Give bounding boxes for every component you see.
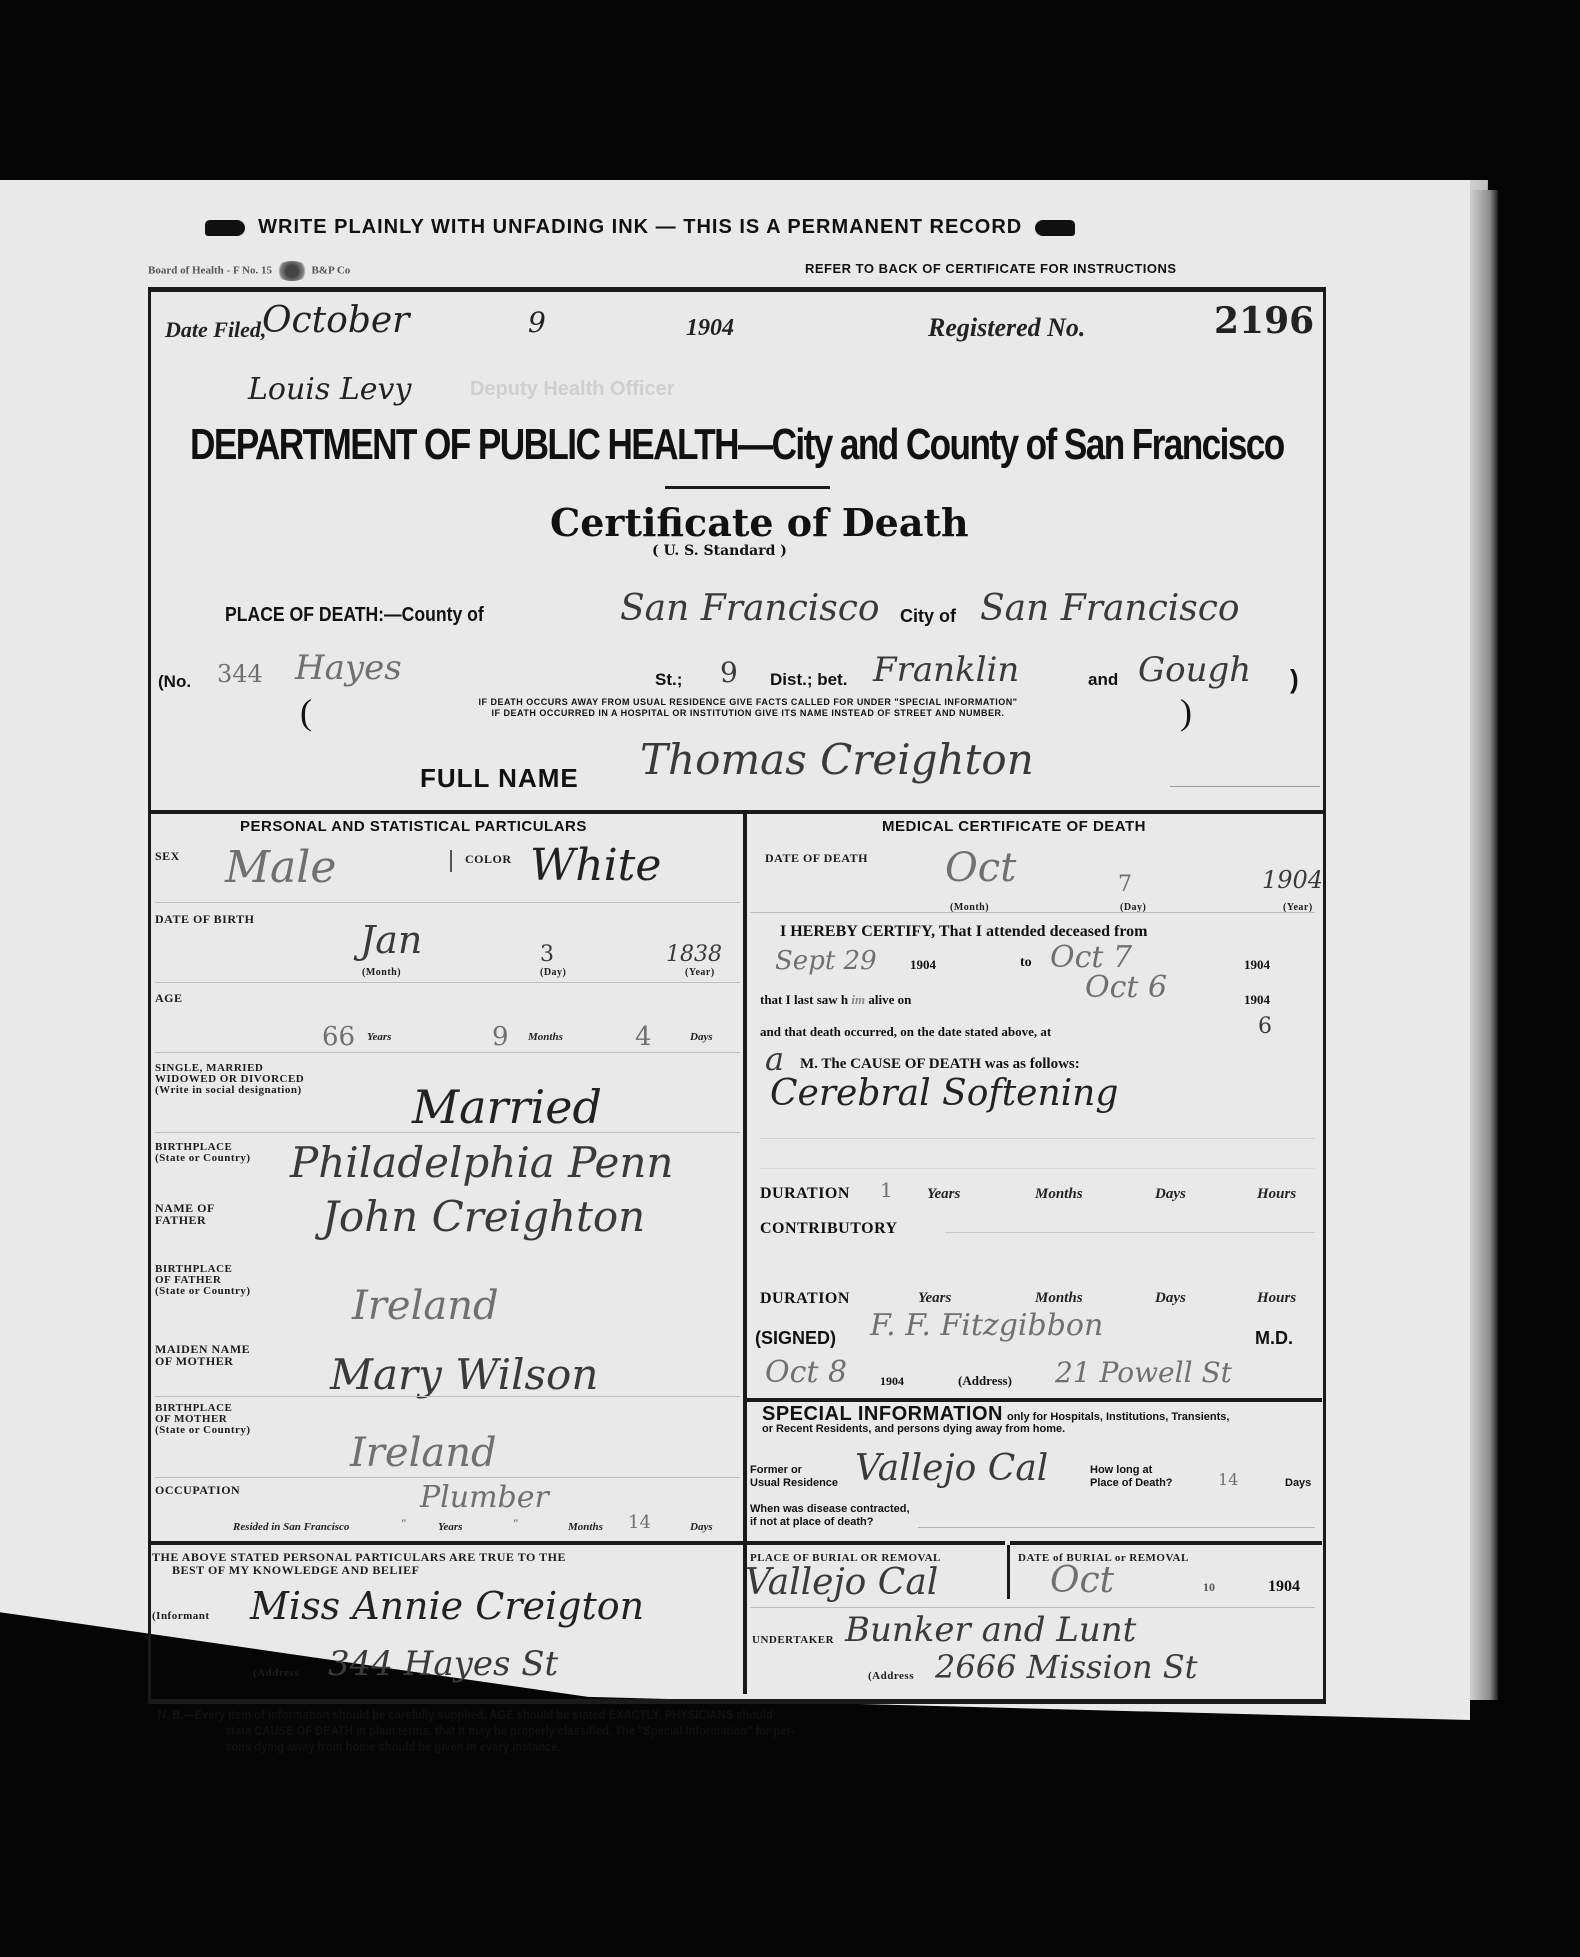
row-line <box>945 1232 1315 1233</box>
occupation-value: Plumber <box>420 1480 549 1515</box>
sex-value: Male <box>225 842 336 893</box>
paren-close: ) <box>1290 664 1299 695</box>
to-label: to <box>1020 955 1032 971</box>
informant-name: Miss Annie Creigton <box>250 1584 644 1628</box>
burial-place-value: Vallejo Cal <box>745 1562 938 1603</box>
us-standard-label: ( U. S. Standard ) <box>652 543 787 559</box>
row-line <box>155 1396 740 1397</box>
date-filed-label: Date Filed, <box>165 317 266 343</box>
informant-address-label: (Address <box>253 1667 299 1679</box>
father-name-value: John Creighton <box>322 1192 645 1241</box>
attended-from-year: 1904 <box>910 957 936 973</box>
officer-title: Deputy Health Officer <box>470 378 674 401</box>
father-name-label: NAME OF FATHER <box>155 1202 215 1226</box>
union-seal-icon <box>275 261 309 281</box>
resided-label: Resided in San Francisco <box>233 1521 349 1533</box>
certify-text: I HEREBY CERTIFY, That I attended deceas… <box>780 923 1147 941</box>
registered-label: Registered No. <box>928 313 1085 343</box>
duration2-hours-caption: Hours <box>1257 1290 1296 1307</box>
city-value: San Francisco <box>980 588 1240 629</box>
burial-date-day: 10 <box>1203 1580 1215 1595</box>
undertaker-value: Bunker and Lunt <box>845 1610 1136 1650</box>
md-label: M.D. <box>1255 1328 1293 1349</box>
father-birthplace-value: Ireland <box>352 1283 499 1329</box>
row-line <box>918 1527 1315 1528</box>
how-long-value: 14 <box>1218 1470 1238 1489</box>
resided-months-caption: Months <box>568 1521 603 1533</box>
cause-text: M. The CAUSE OF DEATH was as follows: <box>800 1056 1080 1073</box>
dod-day: 7 <box>1118 872 1132 897</box>
medical-heading: MEDICAL CERTIFICATE OF DEATH <box>882 818 1146 835</box>
place-note: IF DEATH OCCURS AWAY FROM USUAL RESIDENC… <box>318 697 1178 719</box>
duration2-months-caption: Months <box>1035 1290 1083 1307</box>
resided-days: 14 <box>628 1512 651 1533</box>
row-line <box>155 982 740 983</box>
row-line <box>750 912 1315 913</box>
dod-year: 1904 <box>1262 866 1323 894</box>
signed-label: (SIGNED) <box>755 1328 836 1349</box>
contributory-label: CONTRIBUTORY <box>760 1220 898 1238</box>
attended-from: Sept 29 <box>775 946 877 976</box>
officer-signature: Louis Levy <box>248 372 411 407</box>
special-rule <box>745 1398 1322 1402</box>
department-title: DEPARTMENT OF PUBLIC HEALTH—City and Cou… <box>190 420 1094 470</box>
and-label: and <box>1088 670 1118 690</box>
birthplace-label: BIRTHPLACE (State or Country) <box>155 1142 251 1164</box>
st-label: St.; <box>655 670 682 690</box>
dob-month: Jan <box>360 918 422 962</box>
special-heading-block: SPECIAL INFORMATION only for Hospitals, … <box>762 1403 1317 1435</box>
row-line <box>155 1477 740 1478</box>
street-no-label: (No. <box>158 672 191 692</box>
signed-date: Oct 8 <box>765 1355 847 1390</box>
dob-month-caption: (Month) <box>362 967 401 979</box>
age-days: 4 <box>635 1022 652 1052</box>
place-of-death-label: PLACE OF DEATH:—County of <box>225 604 484 627</box>
duration-months-caption: Months <box>1035 1186 1083 1203</box>
resided-years-caption: Years <box>438 1521 462 1533</box>
occupation-label: OCCUPATION <box>155 1484 240 1496</box>
last-saw-date: Oct 6 <box>1085 970 1167 1005</box>
how-long-days-caption: Days <box>1285 1477 1311 1489</box>
refer-note: REFER TO BACK OF CERTIFICATE FOR INSTRUC… <box>805 261 1177 276</box>
dod-month: Oct <box>945 845 1016 891</box>
section-rule <box>148 810 1323 814</box>
title-divider <box>665 486 830 489</box>
age-years: 66 <box>322 1022 355 1052</box>
full-name-label: FULL NAME <box>420 763 579 794</box>
informant-statement: THE ABOVE STATED PERSONAL PARTICULARS AR… <box>152 1551 566 1577</box>
dob-day-caption: (Day) <box>540 967 566 979</box>
physician-signature: F. F. Fitzgibbon <box>870 1308 1103 1343</box>
physician-address: 21 Powell St <box>1055 1356 1232 1389</box>
resided-months: " <box>512 1516 519 1531</box>
duration2-label: DURATION <box>760 1290 850 1308</box>
cross-street-1: Franklin <box>873 650 1019 690</box>
birthplace-value: Philadelphia Penn <box>290 1138 673 1187</box>
undertaker-address: 2666 Mission St <box>935 1648 1198 1686</box>
certificate-title: Certificate of Death <box>550 500 969 545</box>
burial-rule-left <box>745 1541 1005 1545</box>
duration-years: 1 <box>880 1178 893 1202</box>
header-banner: WRITE PLAINLY WITH UNFADING INK — THIS I… <box>205 216 1295 239</box>
residence-value: Vallejo Cal <box>855 1448 1048 1489</box>
sex-color-divider <box>450 850 452 872</box>
row-line <box>760 1138 1315 1139</box>
occurred-text: and that death occurred, on the date sta… <box>760 1024 1051 1040</box>
row-line <box>760 1168 1315 1169</box>
age-months-caption: Months <box>528 1031 563 1043</box>
mother-name-label: MAIDEN NAME OF MOTHER <box>155 1343 250 1367</box>
duration-hours-caption: Hours <box>1257 1186 1296 1203</box>
full-name-value: Thomas Creighton <box>640 735 1034 784</box>
city-label: City of <box>900 606 956 627</box>
street-number: 344 <box>217 660 263 688</box>
age-years-caption: Years <box>367 1031 391 1043</box>
district-number: 9 <box>720 656 738 689</box>
father-birthplace-label: BIRTHPLACE OF FATHER (State or Country) <box>155 1264 251 1297</box>
sex-label: SEX <box>155 850 180 862</box>
dob-year-caption: (Year) <box>685 967 715 979</box>
physician-address-label: (Address) <box>958 1373 1012 1389</box>
resided-years: " <box>400 1516 407 1531</box>
color-label: COLOR <box>465 853 512 865</box>
undertaker-label: UNDERTAKER <box>752 1634 834 1646</box>
informant-address: 344 Hayes St <box>328 1644 558 1684</box>
signed-year: 1904 <box>880 1374 904 1389</box>
date-filed-month: October <box>262 300 409 341</box>
page-stack-shadow <box>1470 190 1498 1700</box>
duration-days-caption: Days <box>1155 1186 1186 1203</box>
burial-date-month: Oct <box>1050 1560 1114 1601</box>
burial-rule-right <box>1010 1541 1322 1545</box>
death-hour: 6 <box>1258 1014 1272 1039</box>
age-days-caption: Days <box>690 1031 713 1043</box>
date-filed-year: 1904 <box>686 315 734 342</box>
dob-label: DATE OF BIRTH <box>155 913 254 925</box>
resided-days-caption: Days <box>690 1521 713 1533</box>
dist-label: Dist.; bet. <box>770 670 847 690</box>
duration-label: DURATION <box>760 1185 850 1203</box>
attended-to-year: 1904 <box>1244 957 1270 973</box>
informant-rule <box>150 1541 744 1545</box>
residence-label: Former or Usual Residence <box>750 1464 838 1490</box>
cross-street-2: Gough <box>1138 650 1251 690</box>
mother-birthplace-label: BIRTHPLACE OF MOTHER (State or Country) <box>155 1403 251 1436</box>
street-name: Hayes <box>295 648 402 688</box>
last-saw-year: 1904 <box>1244 992 1270 1008</box>
note-paren-open: ( <box>300 694 312 730</box>
name-line <box>1170 786 1320 787</box>
row-line <box>155 1132 740 1133</box>
last-saw-text: that I last saw h im alive on <box>760 992 911 1008</box>
date-filed-day: 9 <box>528 306 546 339</box>
contracted-label: When was disease contracted, if not at p… <box>750 1503 910 1529</box>
duration-years-caption: Years <box>927 1186 960 1203</box>
marital-label: SINGLE, MARRIED WIDOWED OR DIVORCED (Wri… <box>155 1063 304 1096</box>
duration2-days-caption: Days <box>1155 1290 1186 1307</box>
form-number: Board of Health - F No. 15 B&P Co <box>148 261 350 281</box>
cause-value: Cerebral Softening <box>770 1073 1118 1114</box>
row-line <box>155 1052 740 1053</box>
marital-value: Married <box>412 1080 602 1134</box>
informant-label: (Informant <box>152 1610 210 1622</box>
row-line <box>155 902 740 903</box>
registered-number: 2196 <box>1214 300 1314 342</box>
burial-divider <box>1007 1545 1010 1599</box>
dob-year: 1838 <box>666 942 722 967</box>
age-label: AGE <box>155 992 183 1004</box>
dob-day: 3 <box>540 942 554 967</box>
pointing-hand-icon <box>205 220 245 236</box>
row-line <box>750 1607 1315 1608</box>
color-value: White <box>530 840 661 891</box>
undertaker-address-label: (Address <box>868 1670 914 1682</box>
note-paren-close: ) <box>1180 694 1192 730</box>
footnote: N. B.—Every item of information should b… <box>158 1707 795 1755</box>
age-months: 9 <box>492 1022 509 1052</box>
how-long-label: How long at Place of Death? <box>1090 1464 1173 1490</box>
county-value: San Francisco <box>620 588 880 629</box>
duration2-years-caption: Years <box>918 1290 951 1307</box>
pointing-hand-icon <box>1035 220 1075 236</box>
dod-label: DATE OF DEATH <box>765 852 868 864</box>
mother-birthplace-value: Ireland <box>350 1430 497 1476</box>
personal-heading: PERSONAL AND STATISTICAL PARTICULARS <box>240 818 587 835</box>
mother-name-value: Mary Wilson <box>330 1350 598 1399</box>
burial-date-year: 1904 <box>1268 1578 1300 1596</box>
